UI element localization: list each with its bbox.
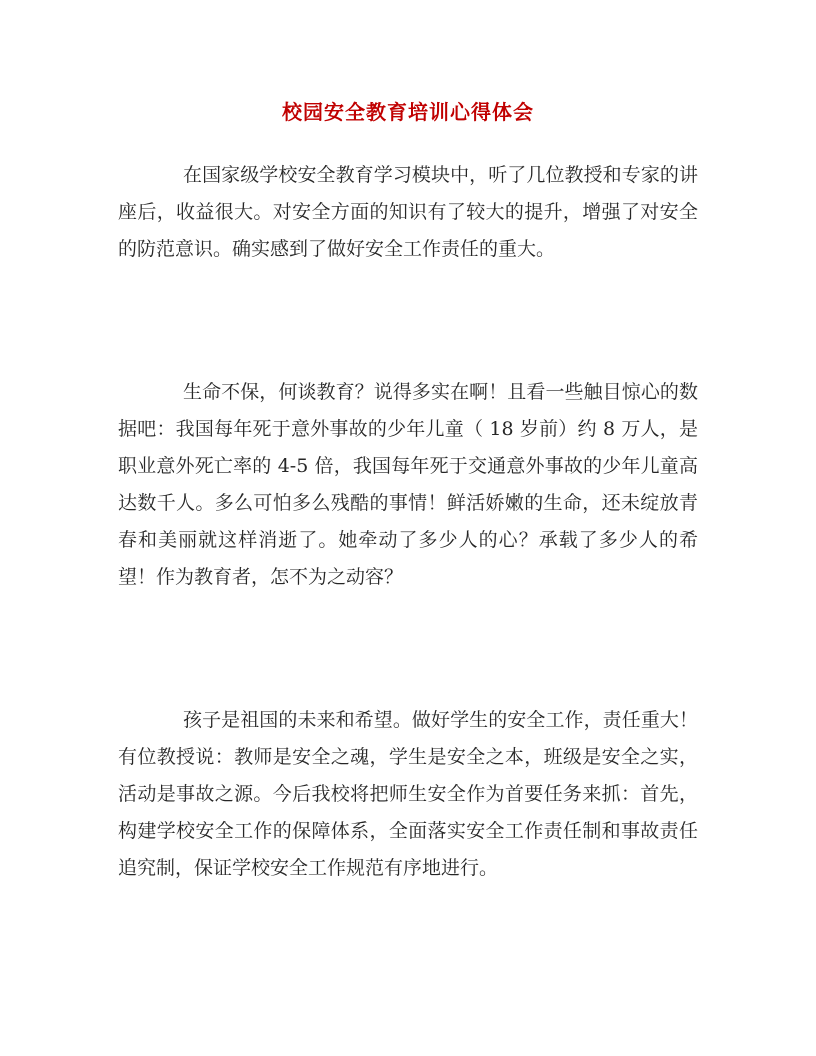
paragraph: 孩子是祖国的未来和希望。做好学生的安全工作，责任重大！有位教授说：教师是安全之魂…: [118, 702, 698, 887]
paragraph: 生命不保，何谈教育？说得多实在啊！且看一些触目惊心的数据吧：我国每年死于意外事故…: [118, 374, 698, 596]
document-body: 在国家级学校安全教育学习模块中，听了几位教授和专家的讲座后，收益很大。对安全方面…: [118, 157, 698, 887]
document-page: 校园安全教育培训心得体会 在国家级学校安全教育学习模块中，听了几位教授和专家的讲…: [0, 0, 816, 1056]
paragraph: 在国家级学校安全教育学习模块中，听了几位教授和专家的讲座后，收益很大。对安全方面…: [118, 157, 698, 268]
page-title: 校园安全教育培训心得体会: [118, 96, 698, 125]
